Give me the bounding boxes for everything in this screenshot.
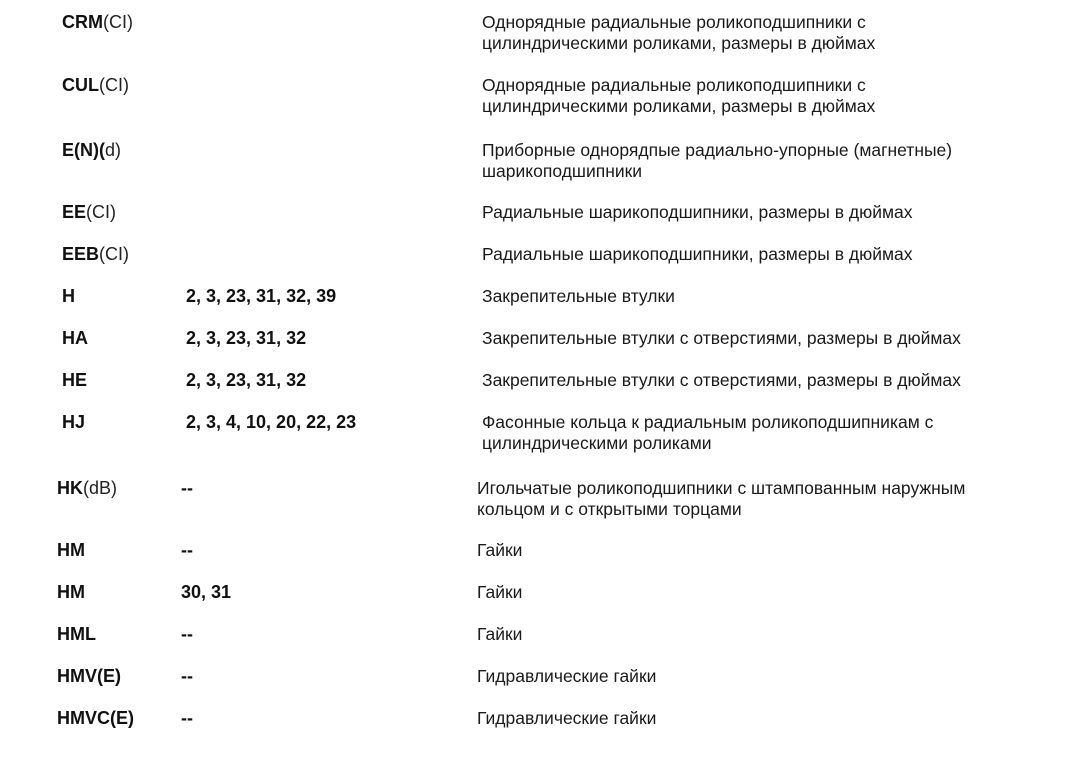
description: Закрепительные втулки — [482, 286, 675, 307]
designation-code: CRM(CI) — [62, 12, 133, 32]
designation-prefix: HA — [62, 328, 88, 348]
designation-code: HA — [62, 328, 88, 348]
designation-code: HE — [62, 370, 87, 390]
designation-code: HJ — [62, 412, 85, 432]
designation-prefix: HM — [57, 540, 85, 560]
designation-prefix: HK — [57, 478, 83, 498]
designation-suffix: (CI) — [99, 75, 129, 95]
description: Гидравлические гайки — [477, 708, 656, 729]
designation-prefix: HMVC(E) — [57, 708, 134, 728]
designation-prefix: EEB — [62, 244, 99, 264]
designation-prefix: HM — [57, 582, 85, 602]
designation-code: HMV(E) — [57, 666, 121, 686]
page-references: -- — [181, 666, 193, 686]
page-references: 2, 3, 4, 10, 20, 22, 23 — [186, 412, 356, 432]
designation-prefix: CUL — [62, 75, 99, 95]
description: Радиальные шарикоподшипники, размеры в д… — [482, 202, 913, 223]
description: Игольчатые роликоподшипники с штампованн… — [477, 478, 965, 520]
description: Приборные однорядпые радиально-упорные (… — [482, 140, 952, 182]
designation-code: HM — [57, 540, 85, 560]
designation-prefix: HML — [57, 624, 96, 644]
description: Однорядные радиальные роликоподшипники с… — [482, 12, 875, 54]
designation-suffix: (CI) — [86, 202, 116, 222]
designation-code: EE(CI) — [62, 202, 116, 222]
designation-prefix: HMV(E) — [57, 666, 121, 686]
page-references: -- — [181, 624, 193, 644]
description: Закрепительные втулки с отверстиями, раз… — [482, 328, 961, 349]
designation-code: EEB(CI) — [62, 244, 129, 264]
description: Закрепительные втулки с отверстиями, раз… — [482, 370, 961, 391]
description: Однорядные радиальные роликоподшипники с… — [482, 75, 875, 117]
page-references: -- — [181, 478, 193, 498]
designation-code: E(N)(d) — [62, 140, 121, 160]
designation-prefix: H — [62, 286, 75, 306]
designation-prefix: EE — [62, 202, 86, 222]
page-references: 2, 3, 23, 31, 32 — [186, 328, 306, 348]
designation-code: H — [62, 286, 75, 306]
designation-code: HK(dB) — [57, 478, 117, 498]
designation-prefix: CRM — [62, 12, 103, 32]
page-references: -- — [181, 708, 193, 728]
designation-code: HM — [57, 582, 85, 602]
description: Фасонные кольца к радиальным роликоподши… — [482, 412, 933, 454]
designation-code: HML — [57, 624, 96, 644]
designation-prefix: HE — [62, 370, 87, 390]
description: Гайки — [477, 624, 522, 645]
description: Гайки — [477, 582, 522, 603]
designation-code: HMVC(E) — [57, 708, 134, 728]
designation-code: CUL(CI) — [62, 75, 129, 95]
designation-suffix: (CI) — [99, 244, 129, 264]
description: Гидравлические гайки — [477, 666, 656, 687]
designation-suffix: (dB) — [83, 478, 117, 498]
description: Радиальные шарикоподшипники, размеры в д… — [482, 244, 913, 265]
page-references: 2, 3, 23, 31, 32, 39 — [186, 286, 336, 306]
designation-suffix: d) — [105, 140, 121, 160]
page-references: 2, 3, 23, 31, 32 — [186, 370, 306, 390]
page-references: -- — [181, 540, 193, 560]
designation-prefix: E(N)( — [62, 140, 105, 160]
page-references: 30, 31 — [181, 582, 231, 602]
designation-prefix: HJ — [62, 412, 85, 432]
description: Гайки — [477, 540, 522, 561]
designation-suffix: (CI) — [103, 12, 133, 32]
